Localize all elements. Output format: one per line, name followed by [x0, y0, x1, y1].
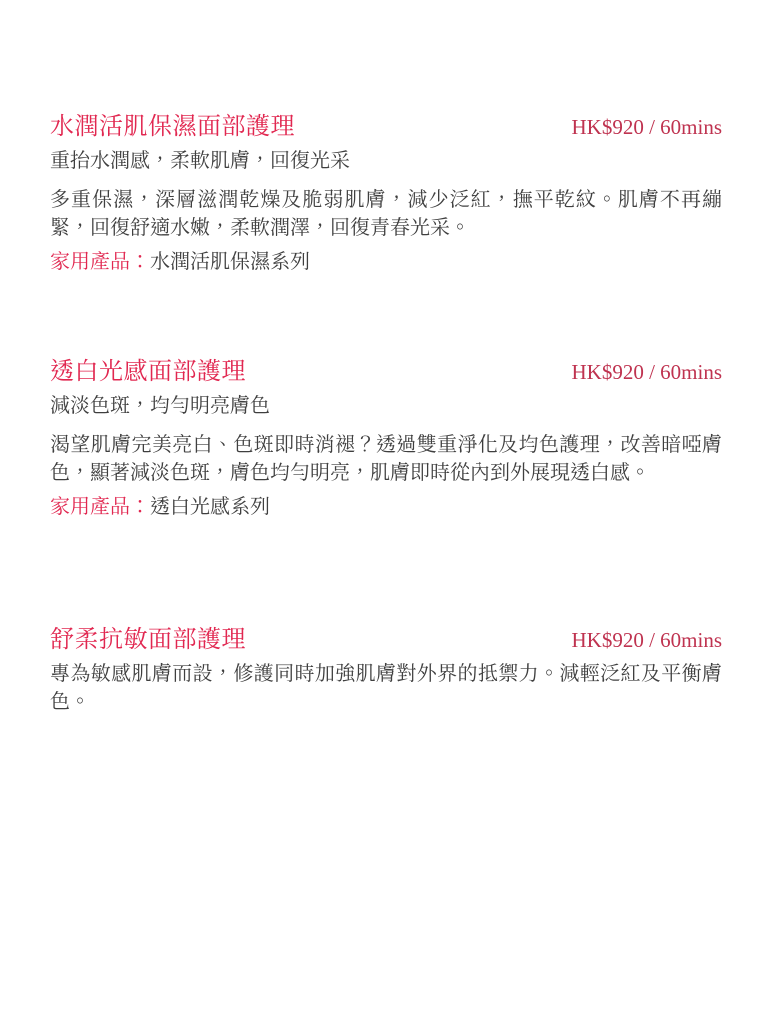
home-product-row: 家用產品：水潤活肌保濕系列	[50, 248, 722, 276]
treatment-title: 透白光感面部護理	[50, 357, 246, 387]
treatment-section-soothing: 舒柔抗敏面部護理 HK$920 / 60mins 專為敏感肌膚而設，修護同時加強…	[50, 625, 722, 716]
treatment-section-hydrating: 水潤活肌保濕面部護理 HK$920 / 60mins 重抬水潤感，柔軟肌膚，回復…	[50, 112, 722, 276]
treatment-title: 舒柔抗敏面部護理	[50, 625, 246, 655]
section-header: 舒柔抗敏面部護理 HK$920 / 60mins	[50, 625, 722, 655]
treatment-price: HK$920 / 60mins	[571, 625, 722, 655]
section-header: 透白光感面部護理 HK$920 / 60mins	[50, 357, 722, 387]
treatment-description: 多重保濕，深層滋潤乾燥及脆弱肌膚，減少泛紅，撫平乾紋。肌膚不再繃緊，回復舒適水嫩…	[50, 186, 722, 242]
home-product-label: 家用產品：	[50, 496, 150, 518]
home-product-label: 家用產品：	[50, 251, 150, 273]
treatment-description: 專為敏感肌膚而設，修護同時加強肌膚對外界的抵禦力。減輕泛紅及平衡膚色。	[50, 660, 722, 716]
section-header: 水潤活肌保濕面部護理 HK$920 / 60mins	[50, 112, 722, 142]
treatment-subtitle: 重抬水潤感，柔軟肌膚，回復光采	[50, 147, 722, 175]
home-product-value: 透白光感系列	[150, 496, 270, 518]
treatment-title: 水潤活肌保濕面部護理	[50, 112, 295, 142]
treatment-section-brightening: 透白光感面部護理 HK$920 / 60mins 減淡色斑，均勻明亮膚色 渴望肌…	[50, 357, 722, 521]
home-product-value: 水潤活肌保濕系列	[150, 251, 310, 273]
treatment-price: HK$920 / 60mins	[571, 112, 722, 142]
page-content: 水潤活肌保濕面部護理 HK$920 / 60mins 重抬水潤感，柔軟肌膚，回復…	[0, 0, 768, 716]
treatment-price: HK$920 / 60mins	[571, 357, 722, 387]
home-product-row: 家用產品：透白光感系列	[50, 493, 722, 521]
treatment-description: 渴望肌膚完美亮白、色斑即時消褪？透過雙重淨化及均色護理，改善暗啞膚色，顯著減淡色…	[50, 431, 722, 487]
treatment-subtitle: 減淡色斑，均勻明亮膚色	[50, 392, 722, 420]
price-list-page: { "page": { "background": "#ffffff", "ac…	[0, 0, 768, 1024]
